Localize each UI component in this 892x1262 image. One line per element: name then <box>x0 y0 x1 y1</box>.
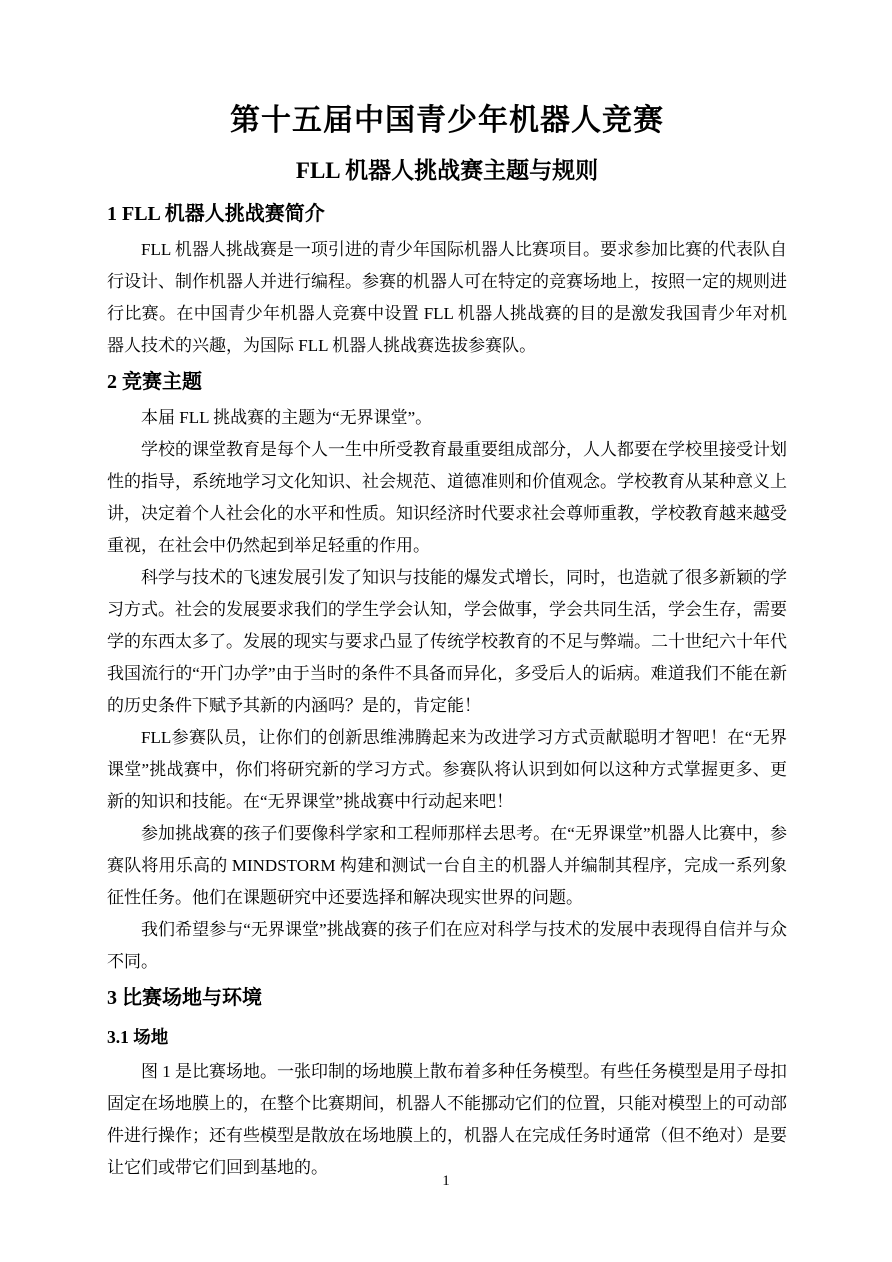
paragraph: 图 1 是比赛场地。一张印制的场地膜上散布着多种任务模型。有些任务模型是用子母扣… <box>107 1056 787 1184</box>
document-page: 第十五届中国青少年机器人竞赛 FLL 机器人挑战赛主题与规则 1 FLL 机器人… <box>0 0 892 1262</box>
paragraph: FLL参赛队员，让你们的创新思维沸腾起来为改进学习方式贡献聪明才智吧！在“无界课… <box>107 722 787 818</box>
section-heading-2: 2 竞赛主题 <box>107 362 787 402</box>
page-number: 1 <box>0 1172 892 1190</box>
paragraph: 学校的课堂教育是每个人一生中所受教育最重要组成部分，人人都要在学校里接受计划性的… <box>107 434 787 562</box>
page-title: 第十五届中国青少年机器人竞赛 <box>107 102 787 140</box>
paragraph: 我们希望参与“无界课堂”挑战赛的孩子们在应对科学与技术的发展中表现得自信并与众不… <box>107 914 787 978</box>
paragraph: FLL 机器人挑战赛是一项引进的青少年国际机器人比赛项目。要求参加比赛的代表队自… <box>107 234 787 362</box>
paragraph: 本届 FLL 挑战赛的主题为“无界课堂”。 <box>107 402 787 434</box>
section-heading-1: 1 FLL 机器人挑战赛简介 <box>107 194 787 234</box>
section-heading-3: 3 比赛场地与环境 <box>107 978 787 1018</box>
document-content: 第十五届中国青少年机器人竞赛 FLL 机器人挑战赛主题与规则 1 FLL 机器人… <box>107 102 787 1184</box>
page-subtitle: FLL 机器人挑战赛主题与规则 <box>107 156 787 186</box>
paragraph: 参加挑战赛的孩子们要像科学家和工程师那样去思考。在“无界课堂”机器人比赛中，参赛… <box>107 818 787 914</box>
paragraph: 科学与技术的飞速发展引发了知识与技能的爆发式增长，同时，也造就了很多新颖的学习方… <box>107 562 787 722</box>
subsection-heading-3-1: 3.1 场地 <box>107 1018 787 1056</box>
